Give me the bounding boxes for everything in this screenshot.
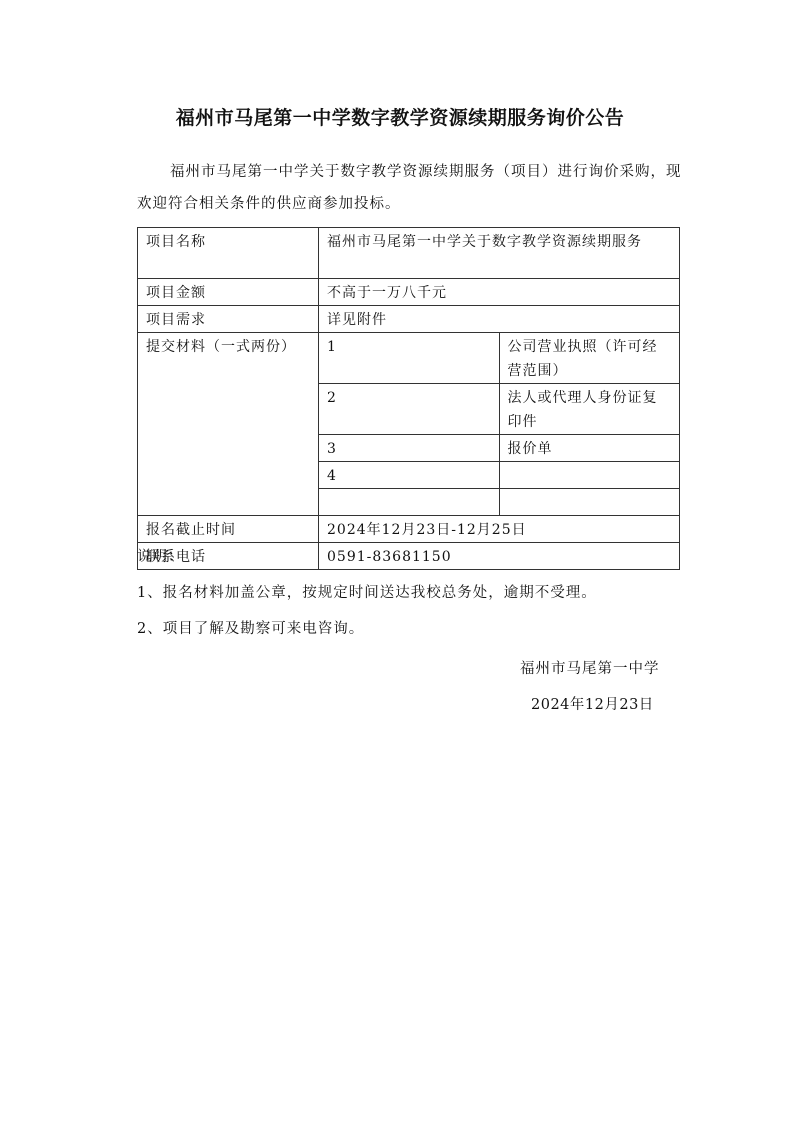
notes-section: 说明： 1、报名材料加盖公章，按规定时间送达我校总务处，逾期不受理。 2、项目了…	[137, 547, 597, 655]
notes-heading: 说明：	[137, 547, 597, 583]
deadline-value: 2024年12月23日-12月25日	[319, 516, 680, 543]
table-row-deadline: 报名截止时间 2024年12月23日-12月25日	[138, 516, 680, 543]
table-row-project-name: 项目名称 福州市马尾第一中学关于数字教学资源续期服务	[138, 228, 680, 279]
intro-paragraph: 福州市马尾第一中学关于数字教学资源续期服务（项目）进行询价采购，现欢迎符合相关条…	[137, 156, 682, 220]
material-item: 公司营业执照（许可经营范围）	[499, 333, 680, 384]
amount-value: 不高于一万八千元	[319, 279, 680, 306]
table-row-requirement: 项目需求 详见附件	[138, 306, 680, 333]
material-item	[499, 489, 680, 516]
material-item: 报价单	[499, 435, 680, 462]
requirement-label: 项目需求	[138, 306, 319, 333]
requirement-value: 详见附件	[319, 306, 680, 333]
material-no: 3	[319, 435, 500, 462]
material-no: 4	[319, 462, 500, 489]
project-name-value: 福州市马尾第一中学关于数字教学资源续期服务	[319, 228, 680, 279]
material-no: 2	[319, 384, 500, 435]
material-no: 1	[319, 333, 500, 384]
signature-organization: 福州市马尾第一中学	[520, 657, 660, 678]
amount-label: 项目金额	[138, 279, 319, 306]
note-item: 2、项目了解及勘察可来电咨询。	[137, 619, 597, 655]
deadline-label: 报名截止时间	[138, 516, 319, 543]
table-row-amount: 项目金额 不高于一万八千元	[138, 279, 680, 306]
document-title: 福州市马尾第一中学数字教学资源续期服务询价公告	[0, 103, 800, 130]
note-item: 1、报名材料加盖公章，按规定时间送达我校总务处，逾期不受理。	[137, 583, 597, 619]
info-table: 项目名称 福州市马尾第一中学关于数字教学资源续期服务 项目金额 不高于一万八千元…	[137, 227, 680, 570]
project-name-label: 项目名称	[138, 228, 319, 279]
signature-date: 2024年12月23日	[531, 693, 654, 714]
materials-label: 提交材料（一式两份）	[138, 333, 319, 516]
material-item	[499, 462, 680, 489]
material-item: 法人或代理人身份证复印件	[499, 384, 680, 435]
material-no	[319, 489, 500, 516]
table-row-material-1: 提交材料（一式两份） 1 公司营业执照（许可经营范围）	[138, 333, 680, 384]
